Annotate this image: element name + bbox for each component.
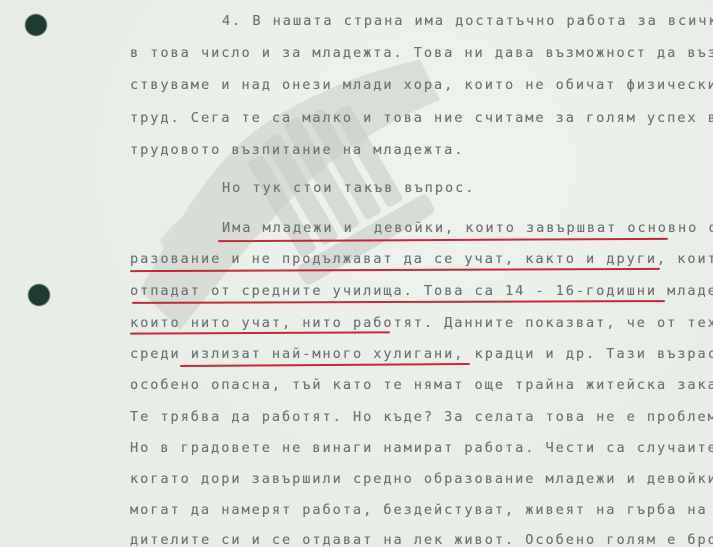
text-line: отпадат от средните училища. Това са 14 … (130, 283, 713, 299)
text-line: Има младежи и девойки, които завършват о… (222, 220, 713, 236)
text-line: Но тук стои такъв въпрос. (222, 180, 475, 196)
red-underline (130, 331, 390, 334)
red-underline (132, 300, 665, 304)
text-line: среди излизат най-много хулигани, крадци… (130, 346, 713, 362)
text-line: труд. Сега те са малко и това ние считам… (130, 110, 713, 126)
text-line: разование и не продължават да се учат, к… (130, 251, 713, 267)
red-underline (130, 268, 660, 272)
text-line: ствуваме и над онези млади хора, които н… (130, 77, 713, 93)
document-page: 4. В нашата страна има достатъчно работа… (0, 0, 713, 547)
text-line: Те трябва да работят. Но къде? За селата… (130, 409, 713, 425)
text-line: трудовото възпитание на младежта. (130, 142, 464, 158)
red-underline (180, 363, 470, 367)
text-line: особено опасна, тъй като те нямат още тр… (130, 377, 713, 393)
red-underline (218, 238, 668, 242)
text-line: когато дори завършили средно образование… (130, 471, 713, 487)
text-line: в това число и за младежта. Това ни дава… (130, 45, 713, 61)
text-line: които нито учат, нито работят. Данните п… (130, 315, 713, 331)
punch-hole (26, 15, 46, 35)
text-line: могат да намерят работа, бездейстуват, ж… (130, 502, 713, 518)
punch-hole (29, 285, 49, 305)
text-line: дителите си и се отдават на лек живот. О… (130, 532, 713, 547)
text-line: Но в градовете не винаги намират работа.… (130, 440, 713, 456)
text-line: 4. В нашата страна има достатъчно работа… (222, 13, 713, 29)
